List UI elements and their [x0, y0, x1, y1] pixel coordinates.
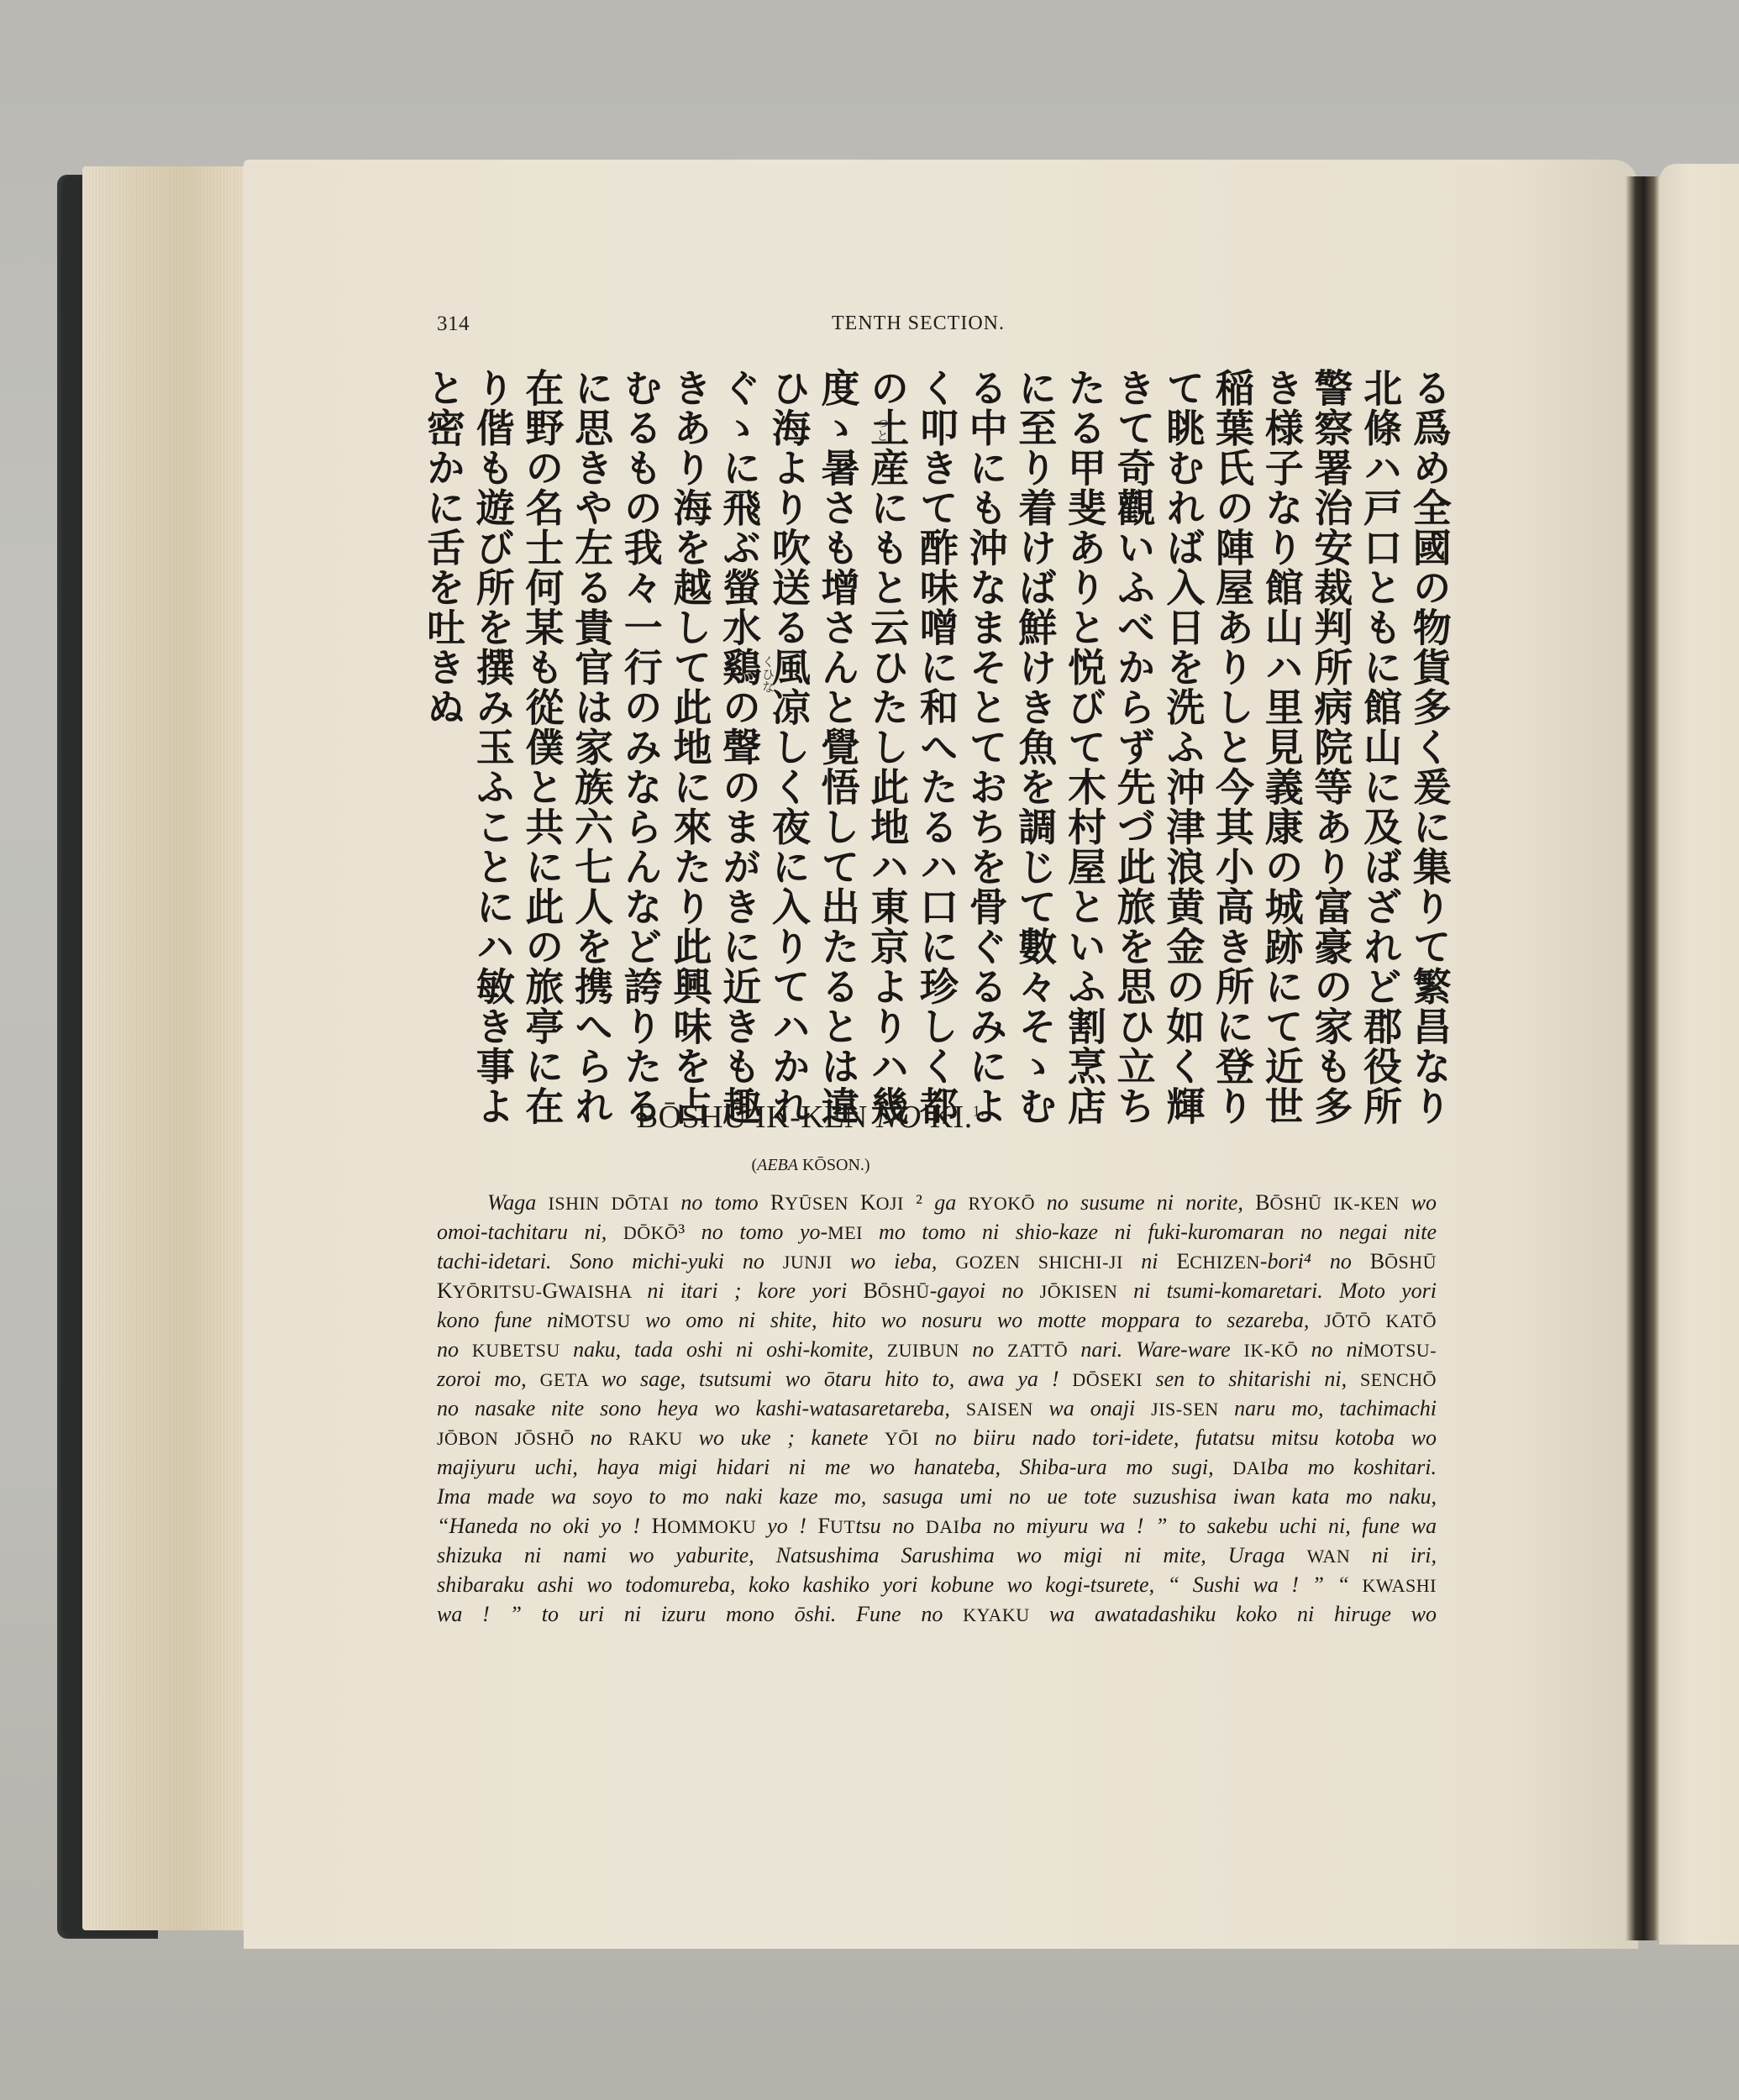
body-line: KYŌRITSU-GWAISHA ni itari ; kore yori BŌ…: [437, 1276, 1437, 1305]
text-run: zoroi mo,: [437, 1367, 540, 1391]
text-run: ni tsumi-komaretari. Moto yori: [1133, 1278, 1437, 1303]
japanese-column: る爲め全國の物貨多く爰に集りて繁昌なり: [1406, 368, 1453, 1065]
text-run: Ima made wa soyo to mo naki kaze mo, sas…: [437, 1484, 1437, 1509]
japanese-column: り偕も遊び所を撰み玉ふことにハ敏き事よ: [470, 368, 517, 1065]
text-run: no ni: [1311, 1337, 1363, 1362]
text-run: H: [652, 1514, 668, 1538]
text-run: -bori⁴ no: [1260, 1249, 1370, 1273]
text-run: sen to shitarishi ni,: [1155, 1367, 1360, 1391]
text-run: B: [1255, 1190, 1269, 1215]
japanese-vertical-text: る爲め全國の物貨多く爰に集りて繁昌なり北條ハ戸口ともに館山に及ばざれど郡役所警察…: [420, 368, 1453, 1065]
text-run: no susume ni norite,: [1047, 1190, 1255, 1215]
text-run: F: [818, 1514, 830, 1538]
body-line: omoi-tachitaru ni, DŌKŌ³ no tomo yo-MEI …: [437, 1217, 1437, 1247]
body-line: no KUBETSU naku, tada oshi ni oshi-komit…: [437, 1335, 1437, 1364]
text-run: wo omo ni shite, hito wo nosuru wo motte…: [645, 1308, 1324, 1332]
body-line: wa ! ” to uri ni izuru mono ōshi. Fune n…: [437, 1599, 1437, 1629]
small-caps-term: ISHIN DŌTAI: [549, 1193, 681, 1214]
text-run: no: [972, 1337, 1007, 1362]
text-run: B: [1370, 1249, 1384, 1273]
page-edges-left: [82, 166, 250, 1930]
small-caps-term: ŌSHŪ IK-KEN: [1269, 1193, 1411, 1214]
text-run: naku, tada oshi ni oshi-komite,: [573, 1337, 887, 1362]
small-caps-term: UT: [830, 1516, 855, 1537]
ruby-tsuto: つと: [874, 417, 891, 442]
text-run: omoi-tachitaru ni,: [437, 1220, 623, 1244]
small-caps-term: MEI: [827, 1222, 879, 1243]
japanese-column: むるもの我々一行のみならんなど誇りたる: [617, 368, 665, 1065]
text-run: nari. Ware-ware: [1080, 1337, 1243, 1362]
small-caps-term: JŌBON JŌSHŌ: [437, 1428, 591, 1449]
small-caps-term: WAISHA: [558, 1281, 647, 1302]
japanese-column: き様子なり館山ハ里見義康の城跡にて近世: [1258, 368, 1306, 1065]
author-given: AEBA: [757, 1156, 798, 1174]
page-number: 314: [437, 312, 470, 336]
small-caps-term: RYOKŌ: [968, 1193, 1046, 1214]
text-run: tachi-idetari. Sono michi-yuki no: [437, 1249, 783, 1273]
text-run: naru mo, tachimachi: [1234, 1396, 1437, 1420]
small-caps-term: KWASHI: [1362, 1575, 1437, 1596]
japanese-column: 稲葉氏の陣屋ありしと今其小高き所に登り: [1209, 368, 1256, 1065]
japanese-column: 警察署治安裁判所病院等あり富豪の家も多: [1307, 368, 1354, 1065]
small-caps-term: JŌTŌ KATŌ: [1324, 1310, 1437, 1331]
text-run: ba no miyuru wa ! ” to sakebu uchi ni, f…: [959, 1514, 1437, 1538]
title-main: BŌSHŪ IK-KEN: [637, 1100, 876, 1135]
text-run: wa ! ” to uri ni izuru mono ōshi. Fune n…: [437, 1602, 963, 1626]
small-caps-term: JUNJI: [783, 1252, 850, 1273]
small-caps-term: DŌSEKI: [1072, 1369, 1155, 1390]
small-caps-term: JŌKISEN: [1040, 1281, 1134, 1302]
text-run: kono fune ni: [437, 1308, 564, 1332]
small-caps-term: MOTSU: [564, 1310, 645, 1331]
body-line: majiyuru uchi, haya migi hidari ni me wo…: [437, 1452, 1437, 1482]
text-run: ni itari ; kore yori: [647, 1278, 863, 1303]
text-run: shibaraku ashi wo todomureba, koko kashi…: [437, 1572, 1362, 1597]
text-run: “Haneda no oki yo !: [437, 1514, 652, 1538]
japanese-column: て眺むれば入日を洗ふ沖津浪黄金の如く輝: [1159, 368, 1206, 1065]
japanese-column: く叩きて酢味噌に和へたるハ口に珍しく都: [913, 368, 960, 1065]
japanese-column: と密かに舌を吐きぬ: [420, 368, 467, 1065]
japanese-column: 度ゝ暑さも增さんと覺悟して出たるとは違: [815, 368, 862, 1065]
japanese-column: に思きや左る貴官は家族六七人を携へられ: [568, 368, 615, 1065]
small-caps-term: IK-KŌ: [1244, 1340, 1311, 1361]
ruby-kuhina: くひな: [759, 655, 777, 693]
text-run: wo sage, tsutsumi wo ōtaru hito to, awa …: [602, 1367, 1073, 1391]
text-run: -gayoi no: [930, 1278, 1040, 1303]
text-run: ba mo koshitari.: [1267, 1455, 1437, 1479]
small-caps-term: KUBETSU: [472, 1340, 573, 1361]
text-run: tsu no: [855, 1514, 926, 1538]
text-run: majiyuru uchi, haya migi hidari ni me wo…: [437, 1455, 1232, 1479]
romaji-body-text: Waga ISHIN DŌTAI no tomo RYŪSEN KOJI ² g…: [437, 1188, 1437, 1629]
small-caps-term: KYAKU: [963, 1604, 1049, 1625]
body-line: shizuka ni nami wo yaburite, Natsushima …: [437, 1541, 1437, 1570]
text-run: K: [860, 1190, 876, 1215]
text-run: B: [863, 1278, 877, 1303]
text-run: Waga: [487, 1190, 549, 1215]
small-caps-term: MOTSU-: [1363, 1340, 1437, 1361]
body-line: no nasake nite sono heya wo kashi-watasa…: [437, 1394, 1437, 1423]
body-line: JŌBON JŌSHŌ no RAKU wo uke ; kanete YŌI …: [437, 1423, 1437, 1452]
text-run: mo tomo ni shio-kaze ni fuki-kuromaran n…: [879, 1220, 1437, 1244]
running-title: TENTH SECTION.: [832, 312, 1005, 335]
small-caps-term: RAKU: [628, 1428, 698, 1449]
text-run: E: [1176, 1249, 1190, 1273]
small-caps-term: DAI: [926, 1516, 960, 1537]
japanese-column: たる甲斐ありと悦びて木村屋といふ割烹店: [1061, 368, 1108, 1065]
text-run: no: [437, 1337, 472, 1362]
text-run: ³: [678, 1220, 701, 1244]
body-line: kono fune niMOTSU wo omo ni shite, hito …: [437, 1305, 1437, 1335]
small-caps-term: ŌSHŪ: [1384, 1252, 1437, 1273]
small-caps-term: WAN: [1307, 1546, 1372, 1567]
small-caps-term: OJI: [876, 1193, 904, 1214]
author-line: (AEBA KŌSON.): [0, 1156, 1739, 1175]
text-run: wo ieba,: [850, 1249, 955, 1273]
title-footnote-marker: 1.: [973, 1102, 985, 1119]
text-run: R: [770, 1190, 785, 1215]
small-caps-term: YŌRITSU-: [453, 1281, 543, 1302]
small-caps-term: ZUIBUN: [887, 1340, 972, 1361]
text-run: ni: [1141, 1249, 1176, 1273]
small-caps-term: SENCHŌ: [1360, 1369, 1437, 1390]
title-italic: NO: [876, 1100, 922, 1135]
small-caps-term: JIS-SEN: [1151, 1399, 1234, 1420]
small-caps-term: OMMOKU: [667, 1516, 767, 1537]
small-caps-term: ZATTŌ: [1007, 1340, 1080, 1361]
text-run: no: [591, 1425, 629, 1450]
body-line: Waga ISHIN DŌTAI no tomo RYŪSEN KOJI ² g…: [437, 1188, 1437, 1217]
text-run: wa onaji: [1048, 1396, 1151, 1420]
text-run: wa awatadashiku koko ni hiruge wo: [1049, 1602, 1437, 1626]
text-run: no tomo yo-: [701, 1220, 827, 1244]
text-run: ga: [934, 1190, 968, 1215]
text-run: yo !: [767, 1514, 817, 1538]
small-caps-term: ŌSHŪ: [878, 1281, 930, 1302]
small-caps-term: GETA: [540, 1369, 602, 1390]
text-run: shizuka ni nami wo yaburite, Natsushima …: [437, 1543, 1307, 1567]
japanese-column: ぐゝに飛ぶ螢水鷄の聲のまがきに近きも趣: [716, 368, 763, 1065]
japanese-column: る中にも沖なまそとておちを骨ぐるみによ: [963, 368, 1010, 1065]
text-run: wo uke ; kanete: [699, 1425, 885, 1450]
small-caps-term: YŪSEN: [785, 1193, 860, 1214]
text-run: K: [437, 1278, 453, 1303]
book-gutter: [1626, 176, 1659, 1940]
small-caps-term: DAI: [1232, 1457, 1267, 1478]
text-run: wo: [1411, 1190, 1437, 1215]
japanese-column: に至り着けば鮮けき魚を調じて數々そゝむ: [1011, 368, 1059, 1065]
text-run: ni iri,: [1372, 1543, 1437, 1567]
body-line: Ima made wa soyo to mo naki kaze mo, sas…: [437, 1482, 1437, 1511]
japanese-column: ひ海より吹送る風凉しく夜に入りてハかれ: [765, 368, 812, 1065]
author-rest: KŌSON.): [798, 1156, 870, 1174]
japanese-column: きあり海を越して此地に來たり此興味を占: [666, 368, 713, 1065]
small-caps-term: DŌKŌ: [623, 1222, 679, 1243]
text-run: no nasake nite sono heya wo kashi-watasa…: [437, 1396, 966, 1420]
text-run: G: [542, 1278, 558, 1303]
japanese-column: 北條ハ戸口ともに館山に及ばざれど郡役所: [1357, 368, 1404, 1065]
small-caps-term: CHIZEN: [1190, 1252, 1260, 1273]
body-line: zoroi mo, GETA wo sage, tsutsumi wo ōtar…: [437, 1364, 1437, 1394]
text-run: no biiru nado tori-idete, futatsu mitsu …: [935, 1425, 1437, 1450]
japanese-column: 在野の名士何某も從僕と共に此の旅亭に在: [518, 368, 565, 1065]
small-caps-term: SAISEN: [966, 1399, 1049, 1420]
body-line: shibaraku ashi wo todomureba, koko kashi…: [437, 1570, 1437, 1599]
small-caps-term: GOZEN SHICHI-JI: [955, 1252, 1141, 1273]
japanese-column: の土産にもと云ひたし此地ハ東京よりハ幾: [864, 368, 911, 1065]
title-end: KI.: [922, 1100, 973, 1135]
text-run: ²: [904, 1190, 934, 1215]
section-title: BŌSHŪ IK-KEN NO KI.1.: [0, 1099, 1739, 1136]
body-line: tachi-idetari. Sono michi-yuki no JUNJI …: [437, 1247, 1437, 1276]
small-caps-term: YŌI: [885, 1428, 935, 1449]
facing-page-edge: [1659, 164, 1739, 1945]
body-line: “Haneda no oki yo ! HOMMOKU yo ! FUTtsu …: [437, 1511, 1437, 1541]
text-run: no tomo: [680, 1190, 770, 1215]
japanese-column: きて奇觀いふべからず先づ此旅を思ひ立ち: [1111, 368, 1158, 1065]
